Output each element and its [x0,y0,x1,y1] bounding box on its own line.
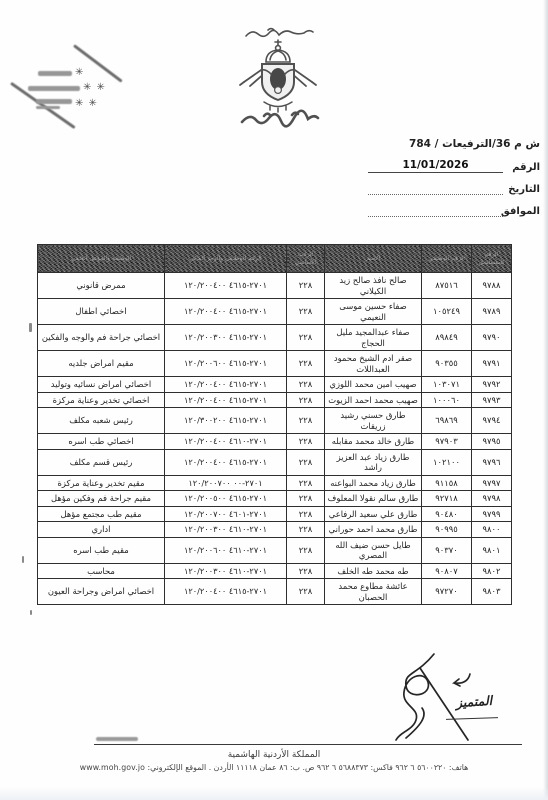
cell-serial: ٩٧٩٤ [472,408,512,434]
scan-edge-shadow [0,787,548,800]
cell-employee-id: ٨٧٥١٦ [422,273,472,299]
reference-block: ش م 36/الترفيعات / 784 الرقم 11/01/2026 … [368,138,540,225]
cell-basic-salary: ٢٢٨ [287,537,325,563]
cell-employee-name: صفاء عبدالمجيد مليل الحجاج [325,325,422,351]
cell-basic-salary: ٢٢٨ [287,579,325,605]
cell-job-title: اداري [38,522,165,538]
cell-job-title: مقيم امراض جلديه [38,351,165,377]
cell-basic-salary: ٢٢٨ [287,491,325,507]
cell-employee-id: ٩٧٩٠٣ [422,434,472,450]
field-corresponding: الموافق [368,203,540,217]
cell-serial: ٩٧٩٩ [472,506,512,522]
scan-edge-shadow [543,0,548,800]
cell-job-title: اخصائي امراض وجراحة العيون [38,579,165,605]
cell-serial: ٩٧٨٩ [472,299,512,325]
table-header: الرقم المتسلسلالرقم الوظيفيالاسمالراتب ا… [38,245,512,273]
field-label: الرقم [503,162,540,173]
cell-job-title: اخصائي اطفال [38,299,165,325]
table-header-row: الرقم المتسلسلالرقم الوظيفيالاسمالراتب ا… [38,245,512,273]
cell-job-title: اخصائي جراحة فم والوجه والفكين [38,325,165,351]
header-cell-0: الرقم المتسلسل [472,245,512,273]
illegible-stamp-text [36,99,72,109]
cell-employee-id: ٩٠٨٠٧ [422,563,472,579]
star-icon: ✳ ✳ [83,83,106,93]
cell-job-code: ١٢٠/٢٠٠٦٠٠ ٤٦١٠-٢٧٠١ [165,537,287,563]
cell-employee-id: ٩٢٧١٨ [422,491,472,507]
footer-rule [94,744,522,745]
cell-serial: ٩٧٩٢ [472,377,512,393]
cell-job-title: مقيم طب اسره [38,537,165,563]
cell-employee-id: ٩٠٣٥٥ [422,351,472,377]
cell-serial: ٩٨٠٣ [472,579,512,605]
table-row: ٩٧٩٤٦٩٨٦٩طارق حسني رشيد زريقات٢٢٨١٢٠/٣٠٠… [38,408,512,434]
cell-job-code: ١٢٠/٢٠٠٣٠٠ ٤٦١٥-٢٧٠١ [165,325,287,351]
cell-basic-salary: ٢٢٨ [287,299,325,325]
scanned-document-page: ✳ ✳ ✳ ✳ ✳ [0,0,548,800]
cell-serial: ٩٨٠١ [472,537,512,563]
cell-employee-name: صقر ادم الشيخ محمود العبداللات [325,351,422,377]
cell-serial: ٩٨٠٠ [472,522,512,538]
cell-serial: ٩٨٠٢ [472,563,512,579]
cell-employee-id: ٩٠٤٨٠ [422,506,472,522]
cell-employee-id: ٨٩٨٤٩ [422,325,472,351]
cell-basic-salary: ٢٢٨ [287,392,325,408]
cell-job-title: اخصائي تخدير وعناية مركزة [38,392,165,408]
cell-employee-name: طارق زياد محمد البواعنه [325,475,422,491]
scan-speck [22,556,24,563]
cell-employee-name: طارق سالم نقولا المعلوف [325,491,422,507]
header-cell-5: الوظيفة والمؤهل العلمي [38,245,165,273]
basmala-calligraphy [246,29,313,37]
cell-employee-id: ٦٩٨٦٩ [422,408,472,434]
illegible-stamp-text [38,71,72,76]
cell-employee-name: طارق علي سعيد الرفاعي [325,506,422,522]
scan-speck [29,323,32,332]
table-row: ٩٧٩٩٩٠٤٨٠طارق علي سعيد الرفاعي٢٢٨١٢٠/٢٠٠… [38,506,512,522]
table-row: ٩٧٨٩١٠٥٢٤٩صفاء حسين موسى النعيمي٢٢٨١٢٠/٢… [38,299,512,325]
cell-job-title: اخصائي طب اسره [38,434,165,450]
cell-job-code: ١٢٠/٢٠٠٤٠٠ ٤٦١٥-٢٧٠١ [165,392,287,408]
table-row: ٩٧٩٣١٠٠٠٦٠صهيب محمد احمد الزيوت٢٢٨١٢٠/٢٠… [38,392,512,408]
cell-employee-name: طارق زياد عبد العزيز راشد [325,449,422,475]
footer-smudge [96,737,138,741]
cell-basic-salary: ٢٢٨ [287,506,325,522]
cell-job-code: ١٢٠/٣٠٠٢٠٠ ٤٦١٥-٢٧٠١ [165,408,287,434]
cell-employee-name: صالح نافذ صالح زيد الكيلاني [325,273,422,299]
cell-employee-name: طارق محمد احمد حوراني [325,522,422,538]
table-row: ٩٨٠٢٩٠٨٠٧طه محمد طه الخلف٢٢٨١٢٠/٢٠٠٣٠٠ ٤… [38,563,512,579]
cell-basic-salary: ٢٢٨ [287,351,325,377]
cell-basic-salary: ٢٢٨ [287,475,325,491]
cell-job-code: ١٢٠/٢٠٠٤٠٠ ٤٦١٠-٢٧٠١ [165,434,287,450]
table-body: ٩٧٨٨٨٧٥١٦صالح نافذ صالح زيد الكيلاني٢٢٨١… [38,273,512,605]
cell-basic-salary: ٢٢٨ [287,563,325,579]
cell-job-title: مقيم جراحة فم وفكين مؤهل [38,491,165,507]
handwritten-arrow-mark [446,670,474,692]
cell-serial: ٩٧٨٨ [472,273,512,299]
cell-job-code: ١٢٠/٢٠٠٧٠٠ ٠٠-٢٧٠١ [165,475,287,491]
cell-basic-salary: ٢٢٨ [287,434,325,450]
header-cell-1: الرقم الوظيفي [422,245,472,273]
stamp-line: ✳ [38,68,84,78]
field-label: التاريخ [503,184,540,195]
cell-employee-id: ٩٧٢٧٠ [422,579,472,605]
cell-basic-salary: ٢٢٨ [287,449,325,475]
cell-job-code: ١٢٠/٢٠٠٤٠٠ ٤٦١٥-٢٧٠١ [165,449,287,475]
field-value-empty [368,203,503,217]
cell-basic-salary: ٢٢٨ [287,377,325,393]
cell-job-code: ١٢٠/٢٠٠٤٠٠ ٤٦١٥-٢٧٠١ [165,299,287,325]
star-icon: ✳ ✳ [75,99,98,109]
cell-basic-salary: ٢٢٨ [287,273,325,299]
promotions-table: الرقم المتسلسلالرقم الوظيفيالاسمالراتب ا… [37,244,512,605]
cell-serial: ٩٧٩٨ [472,491,512,507]
cell-employee-name: صهيب امين محمد اللوزي [325,377,422,393]
cell-job-title: ممرض قانوني [38,273,165,299]
cell-serial: ٩٧٩٧ [472,475,512,491]
table-row: ٩٧٩٥٩٧٩٠٣طارق خالد محمد مقابله٢٢٨١٢٠/٢٠٠… [38,434,512,450]
cell-job-title: اخصائي امراض نسائيه وتوليد [38,377,165,393]
table-row: ٩٨٠٣٩٧٢٧٠عائشة مطاوع محمد الحصبان٢٢٨١٢٠/… [38,579,512,605]
cell-job-title: محاسب [38,563,165,579]
table-row: ٩٧٩٢١٠٣٠٧١صهيب امين محمد اللوزي٢٢٨١٢٠/٢٠… [38,377,512,393]
cell-job-code: ١٢٠/٢٠٠٤٠٠ ٤٦١٥-٢٧٠١ [165,377,287,393]
cell-serial: ٩٧٩٠ [472,325,512,351]
ink-stamp: ✳ ✳ ✳ ✳ ✳ [6,28,146,123]
cell-employee-name: طارق حسني رشيد زريقات [325,408,422,434]
cell-employee-id: ٩٠٩٩٥ [422,522,472,538]
footer-contact-line: هاتف: ٥٦٠٠٢٢٠ ٦ ٩٦٢ فاكس: ٥٦٨٨٣٧٣ ٦ ٩٦٢ … [0,763,548,772]
cell-employee-name: طايل حسن ضيف الله المصري [325,537,422,563]
cell-employee-name: صهيب محمد احمد الزيوت [325,392,422,408]
cell-employee-id: ١٠٣٠٧١ [422,377,472,393]
cell-employee-id: ٩٠٣٧٠ [422,537,472,563]
cell-employee-name: طارق خالد محمد مقابله [325,434,422,450]
cell-employee-name: عائشة مطاوع محمد الحصبان [325,579,422,605]
cell-serial: ٩٧٩٦ [472,449,512,475]
cell-basic-salary: ٢٢٨ [287,522,325,538]
reference-number: ش م 36/الترفيعات / 784 [368,138,540,150]
cell-employee-id: ١٠٥٢٤٩ [422,299,472,325]
cell-job-title: مقيم تخدير وعناية مركزة [38,475,165,491]
field-label: الموافق [503,206,540,217]
table-row: ٩٧٩٠٨٩٨٤٩صفاء عبدالمجيد مليل الحجاج٢٢٨١٢… [38,325,512,351]
stamp-line: ✳ ✳ [28,83,106,93]
cell-basic-salary: ٢٢٨ [287,408,325,434]
cell-employee-id: ٩١١٥٨ [422,475,472,491]
table-row: ٩٨٠٠٩٠٩٩٥طارق محمد احمد حوراني٢٢٨١٢٠/٢٠٠… [38,522,512,538]
field-number: الرقم 11/01/2026 [368,159,540,173]
cell-employee-name: صفاء حسين موسى النعيمي [325,299,422,325]
cell-serial: ٩٧٩١ [472,351,512,377]
cell-job-title: رئيس شعبه مكلف [38,408,165,434]
ministry-of-health-calligraphy [242,111,318,127]
illegible-stamp-text [28,86,80,91]
cell-employee-id: ١٠٢١٠٠ [422,449,472,475]
table-row: ٩٧٩٨٩٢٧١٨طارق سالم نقولا المعلوف٢٢٨١٢٠/٢… [38,491,512,507]
table-row: ٩٧٨٨٨٧٥١٦صالح نافذ صالح زيد الكيلاني٢٢٨١… [38,273,512,299]
field-value-empty [368,181,503,195]
header-cell-2: الاسم [325,245,422,273]
cell-job-title: رئيس قسم مكلف [38,449,165,475]
cell-job-code: ١٢٠/٢٠٠٦٠٠ ٤٦١٥-٢٧٠١ [165,351,287,377]
table-row: ٩٨٠١٩٠٣٧٠طايل حسن ضيف الله المصري٢٢٨١٢٠/… [38,537,512,563]
jordan-coat-of-arms [208,24,348,134]
cell-serial: ٩٧٩٣ [472,392,512,408]
cell-job-code: ١٢٠/٢٠٠٤٠٠ ٤٦١٥-٢٧٠١ [165,579,287,605]
header-cell-3: الراتب الأساسي [287,245,325,273]
cell-job-code: ١٢٠/٢٠٠٣٠٠ ٤٦١٠-٢٧٠١ [165,563,287,579]
table-row: ٩٧٩٧٩١١٥٨طارق زياد محمد البواعنه٢٢٨١٢٠/٢… [38,475,512,491]
cell-job-code: ١٢٠/٢٠٠٧٠٠ ٤٦٠١-٢٧٠١ [165,506,287,522]
cell-employee-id: ١٠٠٠٦٠ [422,392,472,408]
field-date: التاريخ [368,181,540,195]
table-row: ٩٧٩٦١٠٢١٠٠طارق زياد عبد العزيز راشد٢٢٨١٢… [38,449,512,475]
cell-basic-salary: ٢٢٨ [287,325,325,351]
cell-job-code: ١٢٠/٢٠٠٤٠٠ ٤٦١٥-٢٧٠١ [165,273,287,299]
field-value-date: 11/01/2026 [368,159,503,173]
cell-job-code: ١٢٠/٢٠٠٥٠٠ ٤٦١٥-٢٧٠١ [165,491,287,507]
footer-country: المملكة الأردنية الهاشمية [0,750,548,760]
scan-speck [30,610,32,615]
cell-employee-name: طه محمد طه الخلف [325,563,422,579]
header-cell-4: الرقم الوظيفي والرمز المالي [165,245,287,273]
stamp-line: ✳ ✳ [36,99,98,109]
cell-serial: ٩٧٩٥ [472,434,512,450]
star-icon: ✳ [75,68,84,78]
cell-job-code: ١٢٠/٢٠٠٣٠٠ ٤٦١٠-٢٧٠١ [165,522,287,538]
cell-job-title: مقيم طب مجتمع مؤهل [38,506,165,522]
table-row: ٩٧٩١٩٠٣٥٥صقر ادم الشيخ محمود العبداللات٢… [38,351,512,377]
